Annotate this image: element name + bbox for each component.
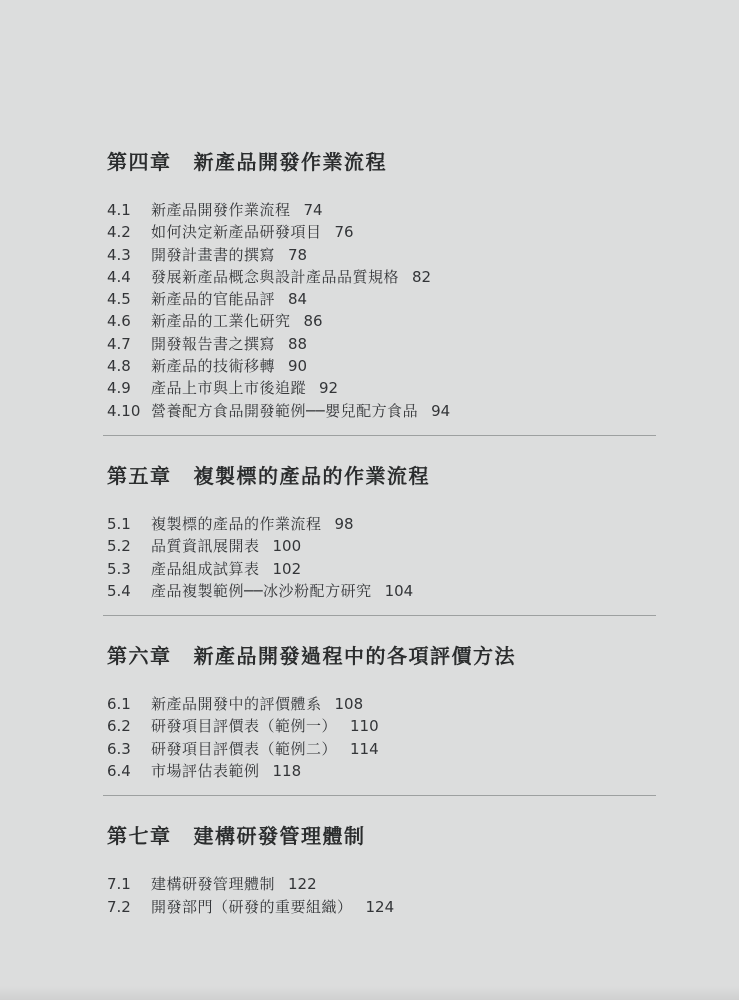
chapter-section: 第七章建構研發管理體制 7.1建構研發管理體制122 7.2開發部門（研發的重要… xyxy=(107,826,659,918)
toc-item-number: 5.4 xyxy=(107,580,151,602)
toc-item: 6.1新產品開發中的評價體系108 xyxy=(107,693,659,715)
toc-item-title: 如何決定新產品研發項目 xyxy=(151,223,322,241)
toc-item-page: 108 xyxy=(335,695,364,713)
toc-list: 6.1新產品開發中的評價體系108 6.2研發項目評價表（範例一）110 6.3… xyxy=(107,693,659,782)
toc-item-page: 94 xyxy=(431,402,450,420)
toc-list: 7.1建構研發管理體制122 7.2開發部門（研發的重要組織）124 xyxy=(107,873,659,918)
toc-item-number: 4.2 xyxy=(107,221,151,243)
toc-item-number: 4.9 xyxy=(107,377,151,399)
toc-item-page: 100 xyxy=(273,537,302,555)
toc-item-title: 開發計畫書的撰寫 xyxy=(151,246,275,264)
toc-item-title: 建構研發管理體制 xyxy=(151,875,275,893)
toc-item-title: 品質資訊展開表 xyxy=(151,537,260,555)
chapter-title: 新產品開發作業流程 xyxy=(194,150,388,174)
chapter-heading: 第六章新產品開發過程中的各項評價方法 xyxy=(107,646,659,667)
toc-item-number: 4.3 xyxy=(107,244,151,266)
toc-item-page: 98 xyxy=(335,515,354,533)
toc-item: 4.4發展新產品概念與設計產品品質規格82 xyxy=(107,266,659,288)
toc-item-page: 118 xyxy=(273,762,302,780)
toc-item-page: 92 xyxy=(319,379,338,397)
toc-item-number: 4.7 xyxy=(107,333,151,355)
toc-item-number: 5.3 xyxy=(107,558,151,580)
toc-item-page: 86 xyxy=(304,312,323,330)
toc-item-title: 新產品的工業化研究 xyxy=(151,312,291,330)
toc-item-title: 市場評估表範例 xyxy=(151,762,260,780)
toc-item-number: 4.8 xyxy=(107,355,151,377)
toc-item-title: 開發部門（研發的重要組織） xyxy=(151,898,353,916)
chapter-title: 複製標的產品的作業流程 xyxy=(194,464,431,488)
toc-item-page: 74 xyxy=(304,201,323,219)
toc-item-number: 4.1 xyxy=(107,199,151,221)
toc-item: 5.1複製標的產品的作業流程98 xyxy=(107,513,659,535)
chapter-section: 第四章新產品開發作業流程 4.1新產品開發作業流程74 4.2如何決定新產品研發… xyxy=(107,152,659,422)
toc-item: 6.4市場評估表範例118 xyxy=(107,760,659,782)
chapter-number: 第六章 xyxy=(107,644,172,668)
toc-item-page: 124 xyxy=(366,898,395,916)
toc-item-number: 6.3 xyxy=(107,738,151,760)
toc-item: 4.1新產品開發作業流程74 xyxy=(107,199,659,221)
toc-item: 4.2如何決定新產品研發項目76 xyxy=(107,221,659,243)
toc-item-number: 4.5 xyxy=(107,288,151,310)
chapter-section: 第六章新產品開發過程中的各項評價方法 6.1新產品開發中的評價體系108 6.2… xyxy=(107,646,659,782)
toc-item-page: 102 xyxy=(273,560,302,578)
chapter-heading: 第七章建構研發管理體制 xyxy=(107,826,659,847)
toc-item-number: 5.1 xyxy=(107,513,151,535)
chapter-section: 第五章複製標的產品的作業流程 5.1複製標的產品的作業流程98 5.2品質資訊展… xyxy=(107,466,659,602)
toc-item-page: 78 xyxy=(288,246,307,264)
toc-item-page: 90 xyxy=(288,357,307,375)
toc-item-number: 4.4 xyxy=(107,266,151,288)
chapter-number: 第七章 xyxy=(107,824,172,848)
toc-item-title: 研發項目評價表（範例一） xyxy=(151,717,337,735)
toc-content: 第四章新產品開發作業流程 4.1新產品開發作業流程74 4.2如何決定新產品研發… xyxy=(0,0,739,918)
toc-item-number: 6.2 xyxy=(107,715,151,737)
toc-item-page: 88 xyxy=(288,335,307,353)
toc-item-title: 產品複製範例──冰沙粉配方研究 xyxy=(151,582,372,600)
chapter-heading: 第四章新產品開發作業流程 xyxy=(107,152,659,173)
toc-item-number: 5.2 xyxy=(107,535,151,557)
toc-item: 4.3開發計畫書的撰寫78 xyxy=(107,244,659,266)
chapter-number: 第四章 xyxy=(107,150,172,174)
toc-item-title: 產品上市與上市後追蹤 xyxy=(151,379,306,397)
toc-item-page: 76 xyxy=(335,223,354,241)
toc-item-page: 84 xyxy=(288,290,307,308)
toc-item-number: 6.4 xyxy=(107,760,151,782)
toc-item: 4.6新產品的工業化研究86 xyxy=(107,310,659,332)
toc-item: 4.9產品上市與上市後追蹤92 xyxy=(107,377,659,399)
toc-item-number: 7.1 xyxy=(107,873,151,895)
toc-item-title: 發展新產品概念與設計產品品質規格 xyxy=(151,268,399,286)
toc-item: 4.7開發報告書之撰寫88 xyxy=(107,333,659,355)
toc-item-number: 4.6 xyxy=(107,310,151,332)
toc-item: 5.2品質資訊展開表100 xyxy=(107,535,659,557)
toc-item-number: 4.10 xyxy=(107,400,151,422)
toc-list: 4.1新產品開發作業流程74 4.2如何決定新產品研發項目76 4.3開發計畫書… xyxy=(107,199,659,422)
toc-item-number: 7.2 xyxy=(107,896,151,918)
toc-item-page: 82 xyxy=(412,268,431,286)
toc-item-title: 新產品開發作業流程 xyxy=(151,201,291,219)
toc-item: 4.8新產品的技術移轉90 xyxy=(107,355,659,377)
chapter-divider xyxy=(103,615,656,616)
toc-item: 7.1建構研發管理體制122 xyxy=(107,873,659,895)
toc-item: 5.4產品複製範例──冰沙粉配方研究104 xyxy=(107,580,659,602)
chapter-title: 建構研發管理體制 xyxy=(194,824,366,848)
toc-item: 4.5新產品的官能品評84 xyxy=(107,288,659,310)
toc-item-page: 114 xyxy=(350,740,379,758)
toc-item: 7.2開發部門（研發的重要組織）124 xyxy=(107,896,659,918)
toc-list: 5.1複製標的產品的作業流程98 5.2品質資訊展開表100 5.3產品組成試算… xyxy=(107,513,659,602)
chapter-number: 第五章 xyxy=(107,464,172,488)
toc-item: 5.3產品組成試算表102 xyxy=(107,558,659,580)
toc-item-title: 複製標的產品的作業流程 xyxy=(151,515,322,533)
toc-item: 6.3研發項目評價表（範例二）114 xyxy=(107,738,659,760)
toc-item: 6.2研發項目評價表（範例一）110 xyxy=(107,715,659,737)
toc-item-title: 開發報告書之撰寫 xyxy=(151,335,275,353)
chapter-divider xyxy=(103,795,656,796)
chapter-title: 新產品開發過程中的各項評價方法 xyxy=(194,644,517,668)
toc-page: 第四章新產品開發作業流程 4.1新產品開發作業流程74 4.2如何決定新產品研發… xyxy=(0,0,739,1000)
toc-item-title: 產品組成試算表 xyxy=(151,560,260,578)
toc-item-page: 110 xyxy=(350,717,379,735)
toc-item-title: 研發項目評價表（範例二） xyxy=(151,740,337,758)
chapter-divider xyxy=(103,435,656,436)
toc-item-number: 6.1 xyxy=(107,693,151,715)
toc-item-title: 營養配方食品開發範例──嬰兒配方食品 xyxy=(151,402,418,420)
toc-item-title: 新產品開發中的評價體系 xyxy=(151,695,322,713)
toc-item-title: 新產品的官能品評 xyxy=(151,290,275,308)
toc-item-page: 104 xyxy=(385,582,414,600)
toc-item-title: 新產品的技術移轉 xyxy=(151,357,275,375)
toc-item: 4.10營養配方食品開發範例──嬰兒配方食品94 xyxy=(107,400,659,422)
toc-item-page: 122 xyxy=(288,875,317,893)
chapter-list: 第四章新產品開發作業流程 4.1新產品開發作業流程74 4.2如何決定新產品研發… xyxy=(107,152,659,918)
chapter-heading: 第五章複製標的產品的作業流程 xyxy=(107,466,659,487)
